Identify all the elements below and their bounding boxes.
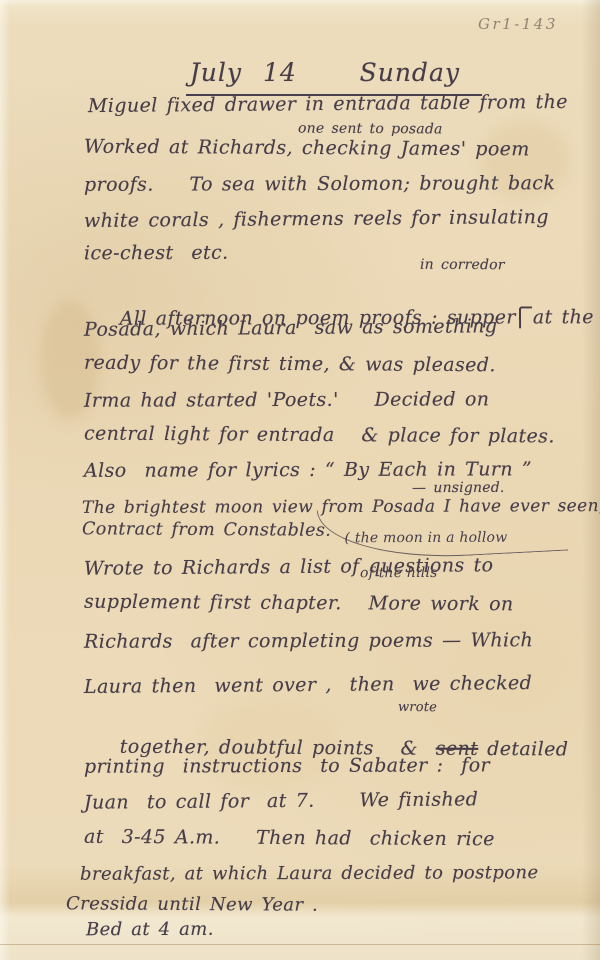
manuscript-line: breakfast, at which Laura decided to pos… (80, 863, 539, 884)
line-text: detailed (478, 738, 568, 761)
manuscript-line: Irma had started 'Poets.' Decided on (84, 389, 490, 411)
paper-crease (0, 944, 600, 945)
manuscript-line: Richards after completing poems — Which (84, 630, 533, 652)
interline-insertion: — unsigned. (412, 481, 505, 497)
manuscript-line: proofs. To sea with Solomon; brought bac… (84, 173, 555, 196)
manuscript-line: supplement first chapter. More work on (84, 592, 514, 616)
interline-insertion: in corredor (420, 258, 505, 274)
manuscript-line: ready for the first time, & was pleased. (84, 353, 496, 376)
manuscript-line: printing instructions to Sabater : for (84, 755, 490, 777)
manuscript-line: Laura then went over , then we checked (84, 673, 532, 698)
manuscript-line: Worked at Richards, checking James' poem (84, 137, 530, 161)
manuscript-line: Bed at 4 am. (86, 920, 214, 940)
interline-insertion: wrote (398, 701, 437, 716)
insertion-mark (519, 306, 532, 328)
catalog-number: Gr1-143 (478, 16, 558, 33)
manuscript-page: Gr1-143 July 14 Sunday Miguel fixed draw… (0, 0, 600, 960)
manuscript-line: central light for entrada & place for pl… (84, 424, 555, 448)
line-text: at the (533, 306, 594, 328)
manuscript-line: Juan to call for at 7. We finished (84, 789, 478, 813)
manuscript-line: white corals , fishermens reels for insu… (84, 207, 549, 232)
date-heading: July 14 Sunday (186, 58, 482, 96)
manuscript-line: Cressida until New Year . (66, 894, 318, 915)
manuscript-line: Posada, which Laura saw as something (84, 316, 498, 340)
manuscript-line: Wrote to Richards a list of questions to (84, 555, 494, 579)
manuscript-line: at 3-45 A.m. Then had chicken rice (84, 827, 495, 850)
manuscript-line: Contract from Constables. (82, 520, 331, 541)
manuscript-line: Miguel fixed drawer in entrada table fro… (88, 92, 568, 117)
manuscript-line: Also name for lyrics : “ By Each in Turn… (84, 459, 532, 481)
interline-insertion: one sent to posada (298, 122, 443, 138)
manuscript-line: ice-chest etc. (84, 243, 229, 264)
